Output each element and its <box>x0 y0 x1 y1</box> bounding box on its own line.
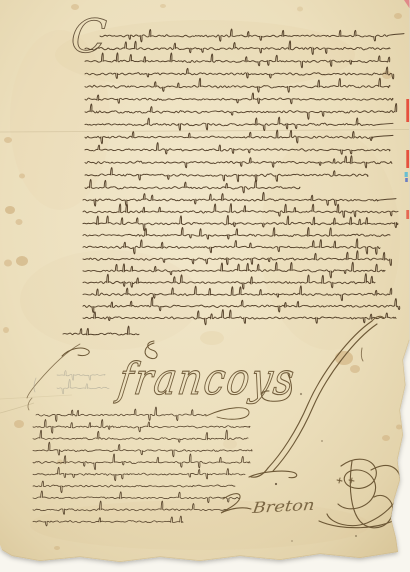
royal-signature: francoys <box>113 354 299 405</box>
manuscript-letter-photo: C francoys <box>0 0 410 572</box>
photo-frame: C francoys <box>0 0 410 572</box>
opening-initial: C <box>69 9 108 63</box>
royal-signature-group: francoys <box>113 354 299 405</box>
secretary-signature: Breton <box>250 496 315 517</box>
